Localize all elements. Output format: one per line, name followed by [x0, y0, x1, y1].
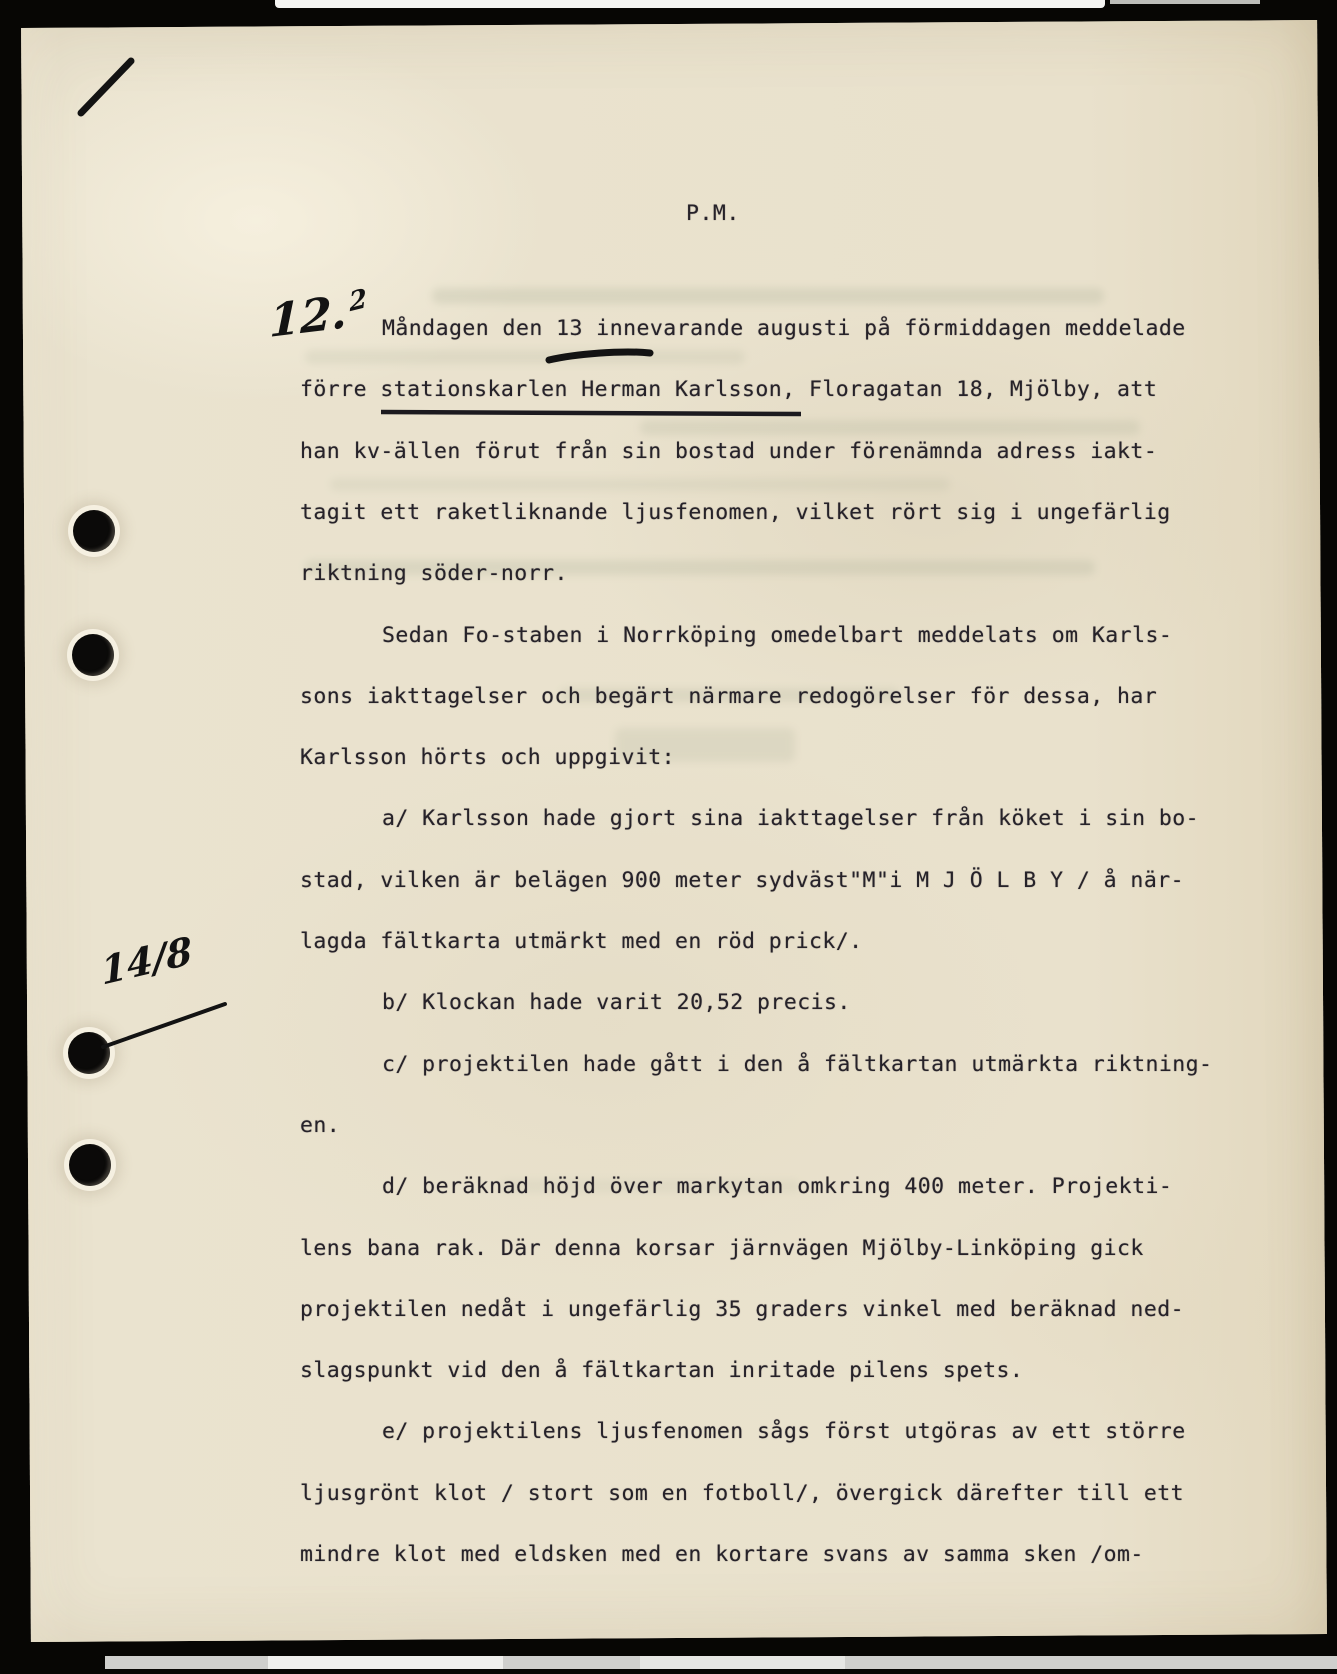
punch-hole — [69, 1144, 111, 1186]
bottom-scanner-strip-bright — [268, 1656, 503, 1669]
typed-line: projektilen nedåt i ungefärlig 35 grader… — [300, 1297, 1184, 1323]
punch-hole — [72, 634, 114, 676]
typed-line: e/ projektilens ljusfenomen sågs först u… — [300, 1419, 1186, 1445]
top-edge-sliver — [275, 0, 1105, 8]
typed-line: lens bana rak. Där denna korsar järnväge… — [300, 1236, 1144, 1262]
handwritten-index-number: 12. — [269, 285, 348, 348]
typed-line: förre stationskarlen Herman Karlsson, Fl… — [300, 377, 1157, 403]
punch-hole — [68, 1032, 110, 1074]
bleedthrough-text — [640, 420, 1140, 435]
punch-hole — [73, 510, 115, 552]
bleedthrough-text — [305, 350, 745, 364]
typed-line: b/ Klockan hade varit 20,52 precis. — [300, 990, 851, 1016]
typed-line: lagda fältkarta utmärkt med en röd prick… — [300, 929, 863, 955]
bleedthrough-text — [330, 478, 950, 491]
typed-line: Sedan Fo-staben i Norrköping omedelbart … — [300, 623, 1172, 649]
typed-line: han kv-ällen förut från sin bostad under… — [300, 439, 1157, 465]
handwritten-index-superscript: 2 — [348, 284, 368, 319]
scanned-document: P.M. Måndagen den 13 innevarande augusti… — [0, 0, 1337, 1674]
typed-line: ljusgrönt klot / stort som en fotboll/, … — [300, 1481, 1184, 1507]
typed-line: Måndagen den 13 innevarande augusti på f… — [300, 316, 1186, 342]
bleedthrough-text — [432, 288, 1104, 304]
typed-line: d/ beräknad höjd över markytan omkring 4… — [300, 1174, 1172, 1200]
typed-line: sons iakttagelser och begärt närmare red… — [300, 684, 1157, 710]
typed-line: stad, vilken är belägen 900 meter sydväs… — [300, 868, 1184, 894]
bottom-scanner-strip-bright — [640, 1656, 845, 1669]
typed-line: a/ Karlsson hade gjort sina iakttagelser… — [300, 806, 1199, 832]
typed-line: riktning söder-norr. — [300, 561, 568, 587]
typed-line: Karlsson hörts och uppgivit: — [300, 745, 675, 771]
typed-line: c/ projektilen hade gått i den å fältkar… — [300, 1052, 1212, 1078]
top-edge-sliver-gray — [1110, 0, 1260, 4]
typed-line: slagspunkt vid den å fältkartan inritade… — [300, 1358, 1023, 1384]
typed-line: mindre klot med eldsken med en kortare s… — [300, 1542, 1144, 1568]
document-title: P.M. — [686, 201, 740, 226]
typed-line: en. — [300, 1113, 340, 1139]
typed-line: tagit ett raketliknande ljusfenomen, vil… — [300, 500, 1171, 526]
